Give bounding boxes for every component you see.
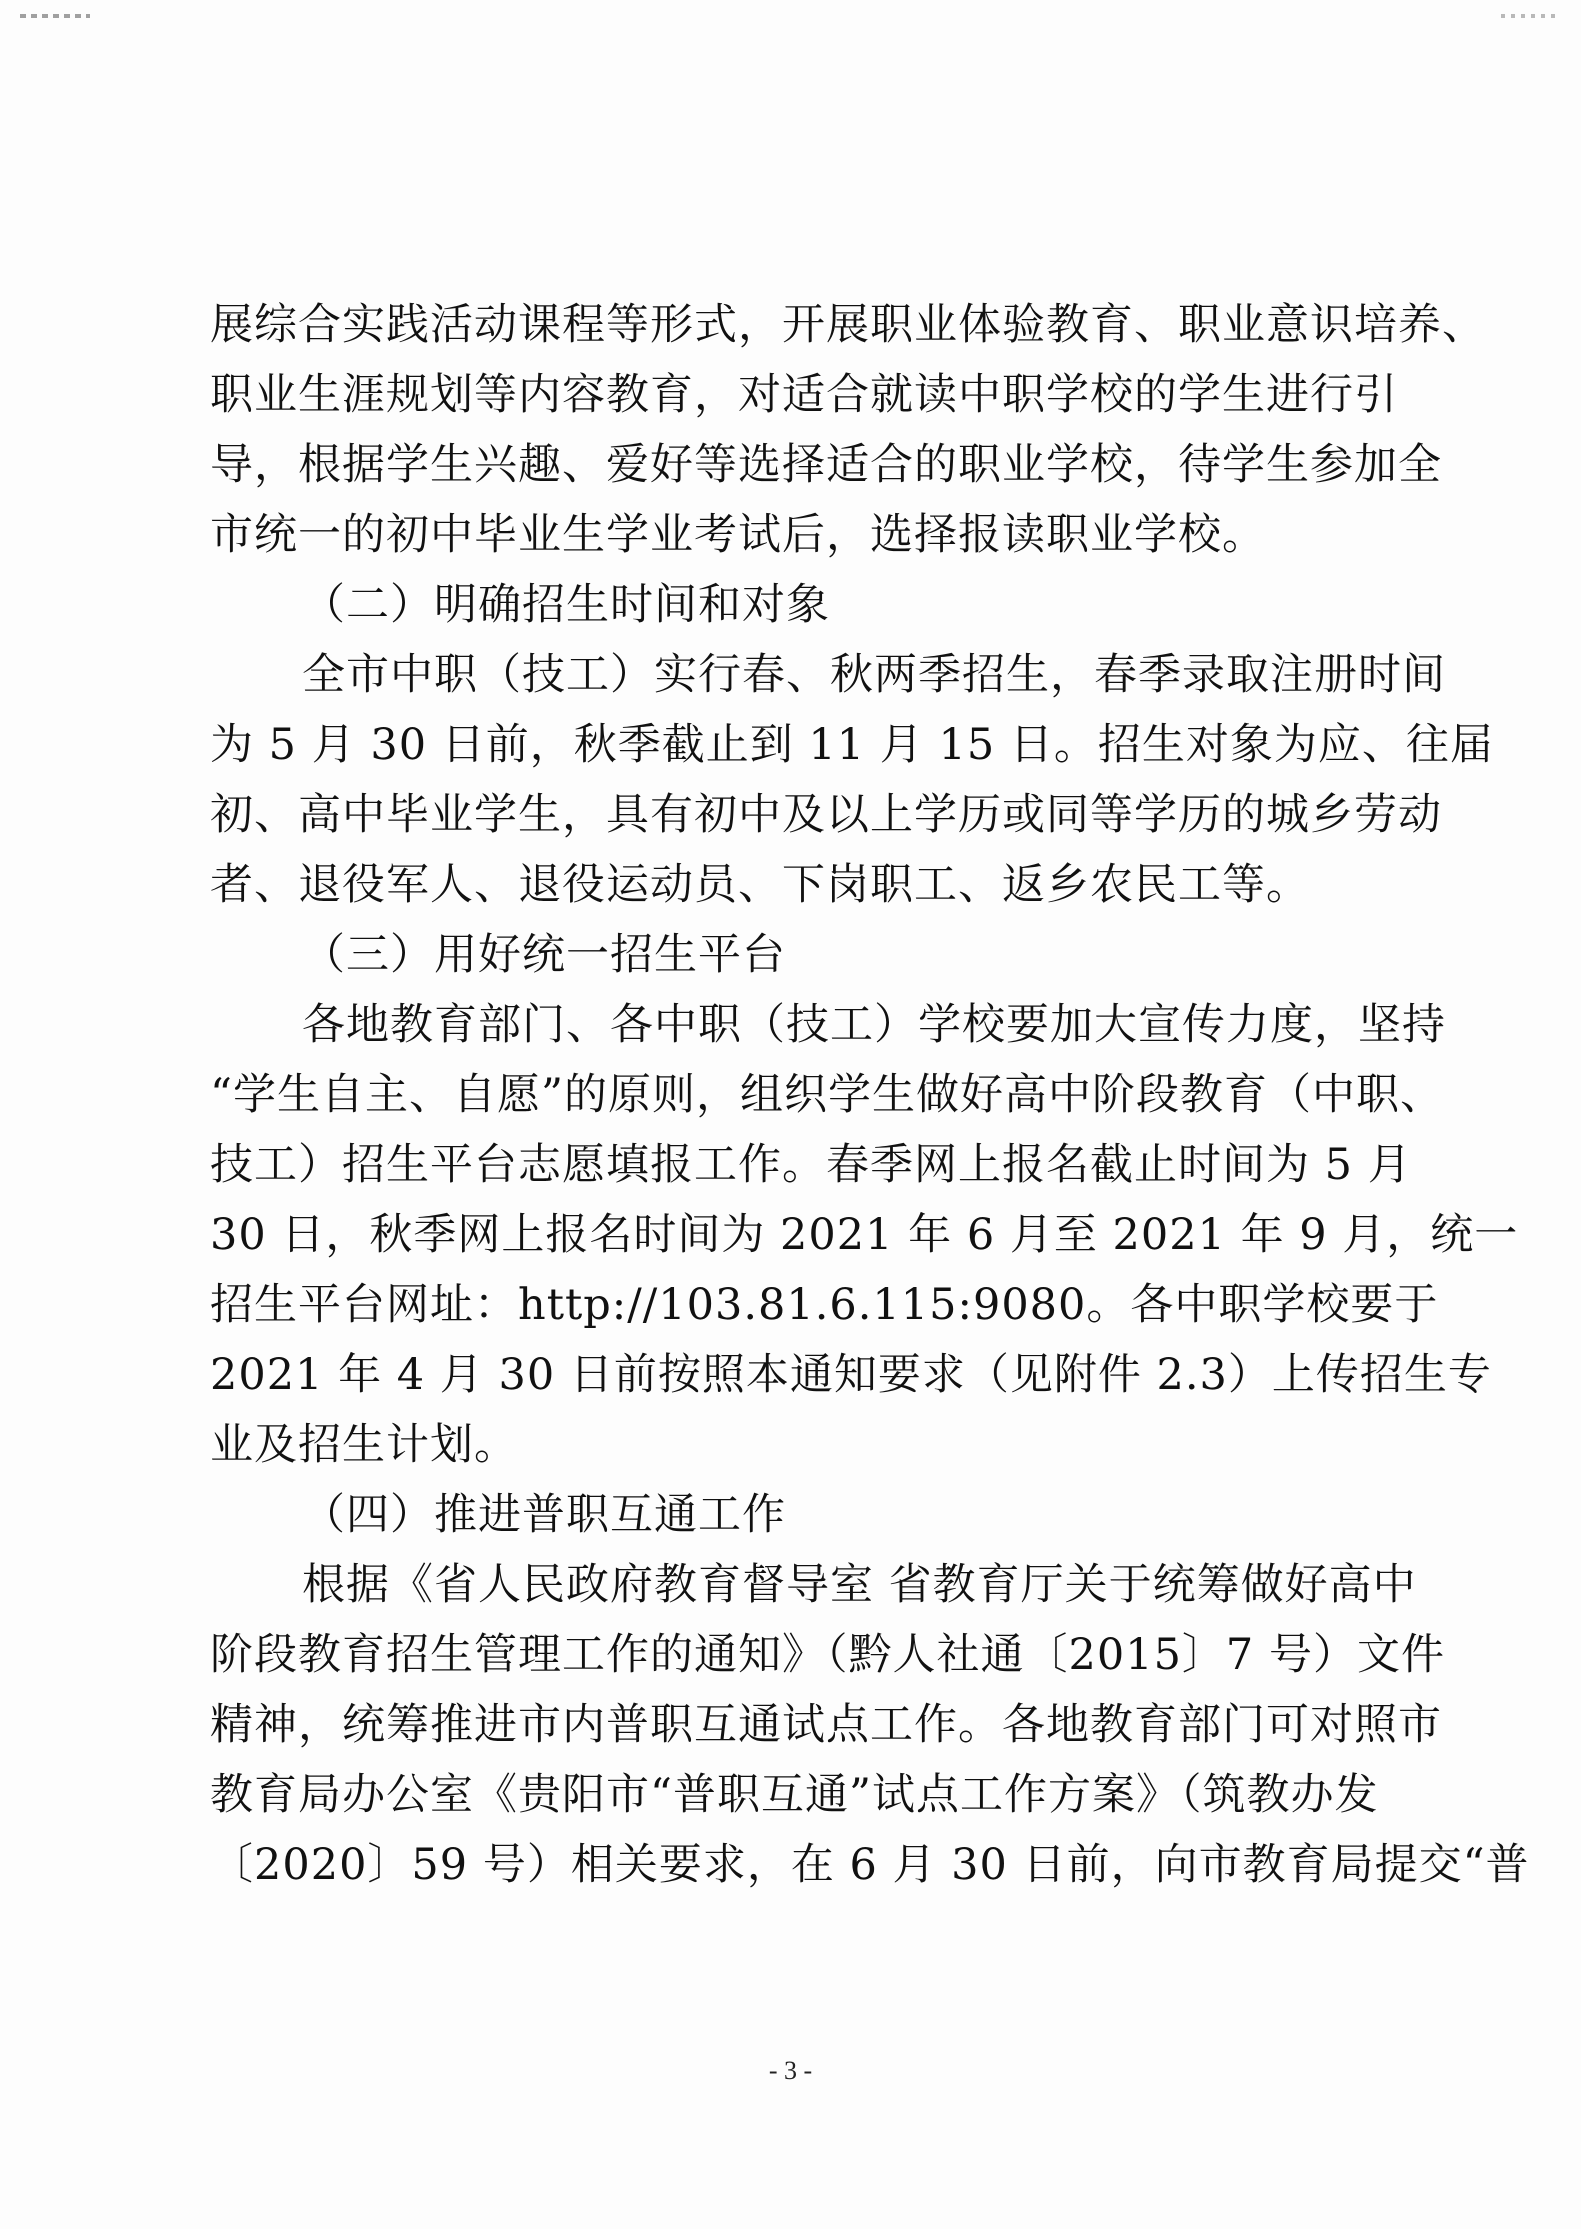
section-heading-2: （二）明确招生时间和对象: [210, 570, 1378, 640]
text-line: 阶段教育招生管理工作的通知》（黔人社通〔2015〕7 号）文件: [210, 1620, 1378, 1690]
text-line: 业及招生计划。: [210, 1410, 1378, 1480]
text-line: 精神，统筹推进市内普职互通试点工作。各地教育部门可对照市: [210, 1690, 1378, 1760]
page-number: - 3 -: [0, 2056, 1581, 2086]
text-line: 者、退役军人、退役运动员、下岗职工、返乡农民工等。: [210, 850, 1378, 920]
text-line: 各地教育部门、各中职（技工）学校要加大宣传力度，坚持: [210, 990, 1378, 1060]
paragraph-enrollment-time: 全市中职（技工）实行春、秋两季招生，春季录取注册时间 为 5 月 30 日前，秋…: [210, 640, 1378, 920]
paragraph-continuation: 展综合实践活动课程等形式，开展职业体验教育、职业意识培养、 职业生涯规划等内容教…: [210, 290, 1378, 570]
text-line: 教育局办公室《贵阳市“普职互通”试点工作方案》（筑教办发: [210, 1760, 1378, 1830]
paragraph-general-vocational: 根据《省人民政府教育督导室 省教育厅关于统筹做好高中 阶段教育招生管理工作的通知…: [210, 1550, 1378, 1900]
text-line: 初、高中毕业学生，具有初中及以上学历或同等学历的城乡劳动: [210, 780, 1378, 850]
section-heading-3: （三）用好统一招生平台: [210, 920, 1378, 990]
text-line: 展综合实践活动课程等形式，开展职业体验教育、职业意识培养、: [210, 290, 1378, 360]
scan-artifact: [1501, 14, 1561, 18]
text-line: 〔2020〕59 号）相关要求，在 6 月 30 日前，向市教育局提交“普: [210, 1830, 1378, 1900]
document-page: 展综合实践活动课程等形式，开展职业体验教育、职业意识培养、 职业生涯规划等内容教…: [0, 0, 1581, 2229]
text-line: 导，根据学生兴趣、爱好等选择适合的职业学校，待学生参加全: [210, 430, 1378, 500]
text-line: 职业生涯规划等内容教育，对适合就读中职学校的学生进行引: [210, 360, 1378, 430]
text-line: 30 日，秋季网上报名时间为 2021 年 6 月至 2021 年 9 月，统一: [210, 1200, 1378, 1270]
text-line: 全市中职（技工）实行春、秋两季招生，春季录取注册时间: [210, 640, 1378, 710]
text-line: 技工）招生平台志愿填报工作。春季网上报名截止时间为 5 月: [210, 1130, 1378, 1200]
paragraph-platform: 各地教育部门、各中职（技工）学校要加大宣传力度，坚持 “学生自主、自愿”的原则，…: [210, 990, 1378, 1480]
text-line: “学生自主、自愿”的原则，组织学生做好高中阶段教育（中职、: [210, 1060, 1378, 1130]
text-line: 2021 年 4 月 30 日前按照本通知要求（见附件 2.3）上传招生专: [210, 1340, 1378, 1410]
text-line: 市统一的初中毕业生学业考试后，选择报读职业学校。: [210, 500, 1378, 570]
document-body: 展综合实践活动课程等形式，开展职业体验教育、职业意识培养、 职业生涯规划等内容教…: [210, 290, 1378, 1900]
section-heading-4: （四）推进普职互通工作: [210, 1480, 1378, 1550]
text-line: 为 5 月 30 日前，秋季截止到 11 月 15 日。招生对象为应、往届: [210, 710, 1378, 780]
text-line-platform-url: 招生平台网址：http://103.81.6.115:9080。各中职学校要于: [210, 1270, 1378, 1340]
scan-artifact: [20, 14, 90, 18]
text-line: 根据《省人民政府教育督导室 省教育厅关于统筹做好高中: [210, 1550, 1378, 1620]
